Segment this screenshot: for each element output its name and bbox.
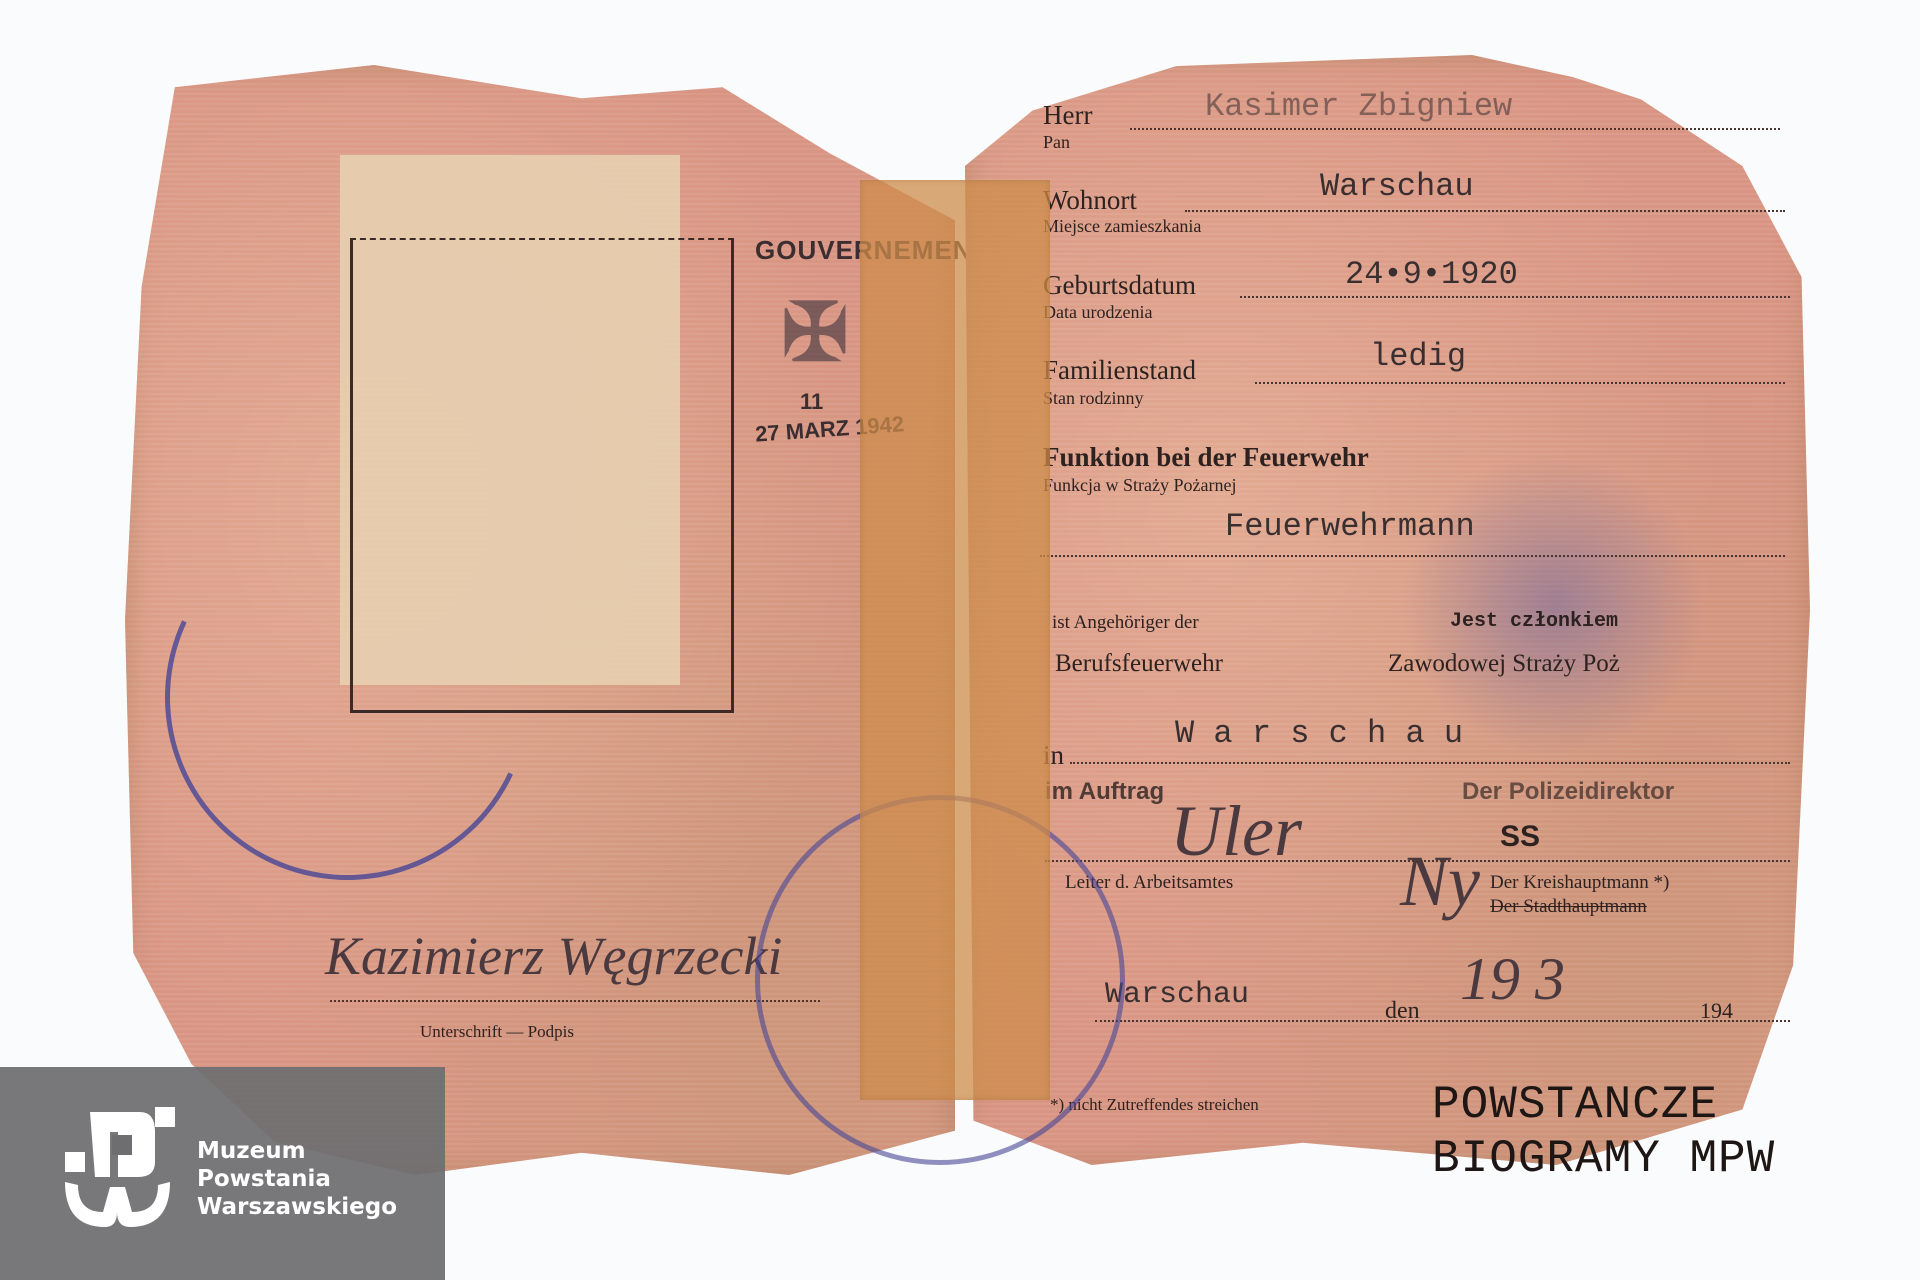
signature-label: Unterschrift — Podpis — [420, 1022, 574, 1042]
field-label-de-funktion: Funktion bei der Feuerwehr — [1043, 442, 1369, 473]
eagle-icon: ✠ — [755, 286, 875, 379]
logo-line-1: Muzeum — [197, 1137, 397, 1165]
logo-line-2: Powstania — [197, 1165, 397, 1193]
kreishauptmann-label: Der Kreishauptmann *) — [1490, 872, 1669, 894]
field-line — [1185, 210, 1785, 212]
member-value-pl: Zawodowej Straży Poż — [1388, 650, 1620, 678]
member-label-pl: Jest członkiem — [1450, 610, 1618, 633]
field-line — [1240, 296, 1790, 298]
im-auftrag-stamp: im Auftrag — [1045, 778, 1164, 806]
field-line — [1130, 128, 1780, 130]
field-value-familienstand: ledig — [1370, 338, 1466, 375]
place-value: Warschau — [1105, 978, 1249, 1012]
field-line — [1045, 860, 1790, 862]
kotwica-anchor-icon — [60, 1107, 175, 1232]
logo-text: Muzeum Powstania Warszawskiego — [197, 1137, 397, 1221]
watermark-line-1: POWSTANCZE — [1432, 1078, 1775, 1132]
field-label-pl-stan-rodzinny: Stan rodzinny — [1043, 388, 1144, 409]
field-label-de-familienstand: Familienstand — [1043, 355, 1196, 386]
field-label-de-geburtsdatum: Geburtsdatum — [1043, 270, 1196, 301]
museum-logo[interactable]: Muzeum Powstania Warszawskiego — [0, 1067, 445, 1280]
ss-mark: SS — [1500, 820, 1540, 854]
field-label-pl-funkcja: Funkcja w Straży Pożarnej — [1043, 475, 1236, 496]
logo-line-3: Warszawskiego — [197, 1193, 397, 1221]
field-line — [1095, 1020, 1790, 1022]
member-label-de: ist Angehöriger der — [1052, 612, 1199, 634]
field-label-pl-miejsce: Miejsce zamieszkania — [1043, 216, 1201, 237]
signature-line — [330, 1000, 820, 1002]
date-handwritten: 19 3 — [1460, 945, 1565, 1014]
spine-tape — [860, 180, 1050, 1100]
field-line — [1070, 762, 1790, 764]
field-line — [1040, 555, 1785, 557]
watermark: POWSTANCZE BIOGRAMY MPW — [1432, 1078, 1775, 1186]
in-value: W a r s c h a u — [1175, 715, 1463, 752]
field-value-funktion: Feuerwehrmann — [1225, 508, 1475, 545]
field-value-name: Kasimer Zbigniew — [1205, 88, 1512, 125]
official-signature-2: Ny — [1400, 840, 1480, 923]
field-value-wohnort: Warschau — [1320, 168, 1474, 205]
stadthauptmann-label: Der Stadthauptmann — [1490, 896, 1647, 918]
field-line — [1255, 382, 1785, 384]
field-label-de-herr: Herr — [1043, 100, 1092, 131]
field-label-pl-data-urodzenia: Data urodzenia — [1043, 302, 1152, 323]
member-value-de: Berufsfeuerwehr — [1055, 650, 1223, 678]
polizeidirektor-stamp: Der Polizeidirektor — [1462, 778, 1674, 806]
field-value-geburtsdatum: 24•9•1920 — [1345, 256, 1518, 293]
field-label-de-wohnort: Wohnort — [1043, 185, 1137, 216]
field-label-pl-pan: Pan — [1043, 132, 1070, 153]
watermark-line-2: BIOGRAMY MPW — [1432, 1132, 1775, 1186]
holder-signature: Kazimierz Węgrzecki — [325, 925, 782, 987]
